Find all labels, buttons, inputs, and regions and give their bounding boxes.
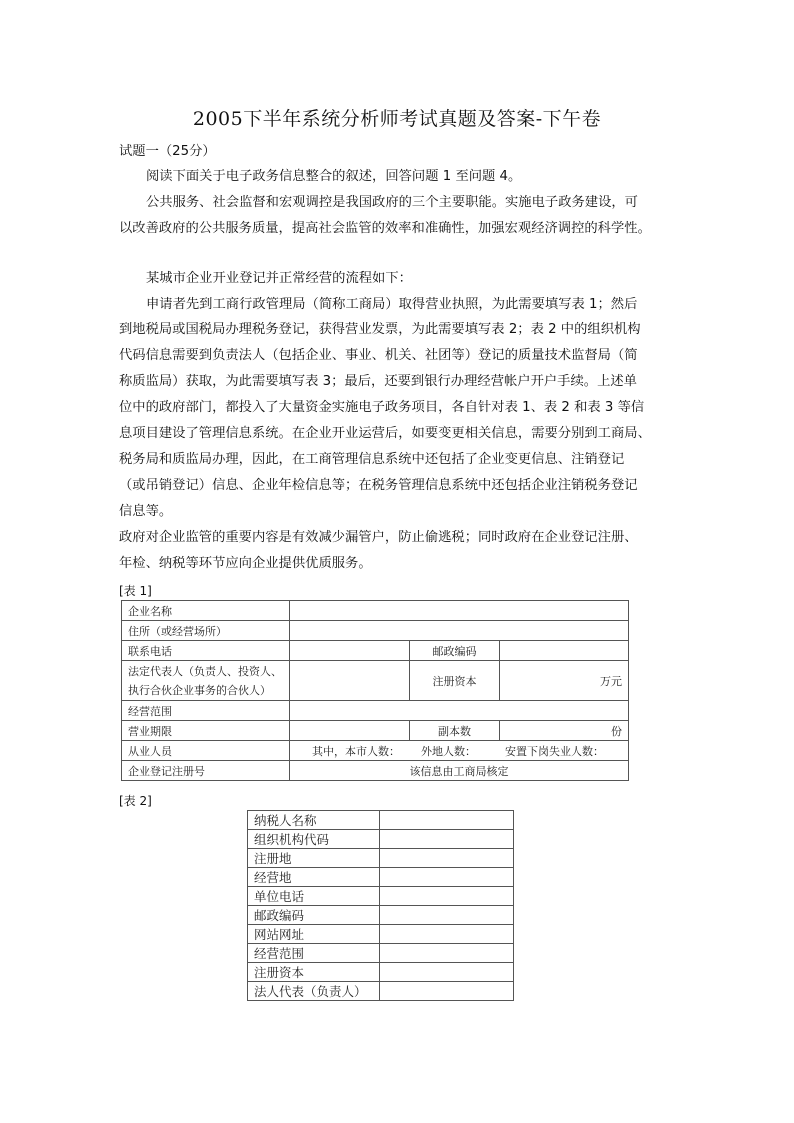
paragraph-4-line-2: 年检、纳税等环节应向企业提供优质服务。 [119,555,372,573]
legal-rep-line-1: 法定代表人（负责人、投资人、 [128,662,283,681]
paragraph-3-line-7: 税务局和质监局办理，因此，在工商管理信息系统中还包括了企业变更信息、注销登记 [119,451,624,469]
staff-laidoff: 安置下岗失业人数： [505,745,604,758]
table-row: 邮政编码 [248,906,514,925]
table-cell-label: 经营地 [248,868,380,887]
table-cell-label: 企业登记注册号 [122,761,290,781]
table-cell-label: 从业人员 [122,741,290,761]
paragraph-3-line-2: 到地税局或国税局办理税务登记，获得营业发票，为此需要填写表 2；表 2 中的组织… [119,321,641,339]
table-cell-value [290,601,629,621]
paragraph-3-line-8: （或吊销登记）信息、企业年检信息等；在税务管理信息系统中还包括企业注销税务登记 [119,477,638,495]
table-cell-label: 副本数 [410,721,500,741]
table-2: 纳税人名称 组织机构代码 注册地 经营地 单位电话 邮政编码 网站网址 经营范围… [247,810,514,1001]
table-cell-label: 组织机构代码 [248,830,380,849]
table-cell-value [290,641,410,661]
table-2-label: [表 2] [119,792,152,809]
staff-nonlocal: 外地人数： [421,745,476,758]
paragraph-3-line-4: 称质监局）获取，为此需要填写表 3；最后，还要到银行办理经营帐户开户手续。上述单 [119,373,637,391]
table-cell-value [290,701,629,721]
table-cell-label: 注册资本 [410,661,500,701]
table-cell-label: 法定代表人（负责人、投资人、 执行合伙企业事务的合伙人） [122,661,290,701]
table-cell-value [290,621,629,641]
document-title: 2005下半年系统分析师考试真题及答案-下午卷 [0,104,794,131]
paragraph-3-line-5: 位中的政府部门，都投入了大量资金实施电子政务项目，各自针对表 1、表 2 和表 … [119,399,644,417]
paragraph-3-line-3: 代码信息需要到负责法人（包括企业、事业、机关、社团等）登记的质量技术监督局（简 [119,347,638,365]
table-cell-value [380,830,514,849]
table-cell-value [380,963,514,982]
table-cell-value [500,641,629,661]
paragraph-1-line-1: 公共服务、社会监督和宏观调控是我国政府的三个主要职能。实施电子政务建设，可 [146,194,638,212]
table-cell-note: 该信息由工商局核定 [290,761,629,781]
table-row: 纳税人名称 [248,811,514,830]
table-cell-label: 住所（或经营场所） [122,621,290,641]
table-cell-value [290,721,410,741]
table-cell-value [380,868,514,887]
table-cell-label: 邮政编码 [410,641,500,661]
table-cell-label: 联系电话 [122,641,290,661]
staff-local: 其中，本市人数： [312,745,400,758]
table-row: 网站网址 [248,925,514,944]
table-cell-label: 邮政编码 [248,906,380,925]
table-1: 企业名称 住所（或经营场所） 联系电话 邮政编码 法定代表人（负责人、投资人、 … [121,600,629,781]
paragraph-3-line-6: 息项目建设了管理信息系统。在企业开业运营后，如要变更相关信息，需要分别到工商局、 [119,425,651,443]
table-row: 注册资本 [248,963,514,982]
table-cell-label: 注册地 [248,849,380,868]
question-heading: 试题一（25分） [119,143,216,161]
paragraph-2: 某城市企业开业登记并正常经营的流程如下： [146,270,412,288]
table-cell-label: 网站网址 [248,925,380,944]
table-cell-value [290,661,410,701]
table-cell-label: 企业名称 [122,601,290,621]
table-cell-unit: 份 [500,721,629,741]
table-cell-unit: 万元 [500,661,629,701]
legal-rep-line-2: 执行合伙企业事务的合伙人） [128,681,283,700]
question-intro: 阅读下面关于电子政务信息整合的叙述，回答问题 1 至问题 4。 [146,168,521,186]
table-row: 注册地 [248,849,514,868]
table-cell-value [380,887,514,906]
table-cell-value [380,849,514,868]
table-row: 单位电话 [248,887,514,906]
table-cell-label: 经营范围 [122,701,290,721]
table-cell-value [380,906,514,925]
table-cell-value [380,811,514,830]
table-cell-label: 纳税人名称 [248,811,380,830]
table-1-label: [表 1] [119,582,152,599]
paragraph-3-line-1: 申请者先到工商行政管理局（简称工商局）取得营业执照，为此需要填写表 1；然后 [146,296,637,314]
table-cell-label: 注册资本 [248,963,380,982]
table-cell-label: 法人代表（负责人） [248,982,380,1001]
table-cell-label: 营业期限 [122,721,290,741]
staff-breakdown: 其中，本市人数： 外地人数： 安置下岗失业人数： [290,741,629,761]
table-cell-value [380,944,514,963]
table-cell-label: 单位电话 [248,887,380,906]
paragraph-3-line-9: 信息等。 [119,503,172,521]
table-row: 经营地 [248,868,514,887]
table-row: 组织机构代码 [248,830,514,849]
paragraph-1-line-2: 以改善政府的公共服务质量，提高社会监管的效率和准确性，加强宏观经济调控的科学性。 [119,220,651,238]
table-cell-label: 经营范围 [248,944,380,963]
paragraph-4-line-1: 政府对企业监管的重要内容是有效减少漏管户，防止偷逃税；同时政府在企业登记注册、 [119,529,638,547]
table-cell-value [380,982,514,1001]
table-row: 经营范围 [248,944,514,963]
table-cell-value [380,925,514,944]
table-row: 法人代表（负责人） [248,982,514,1001]
